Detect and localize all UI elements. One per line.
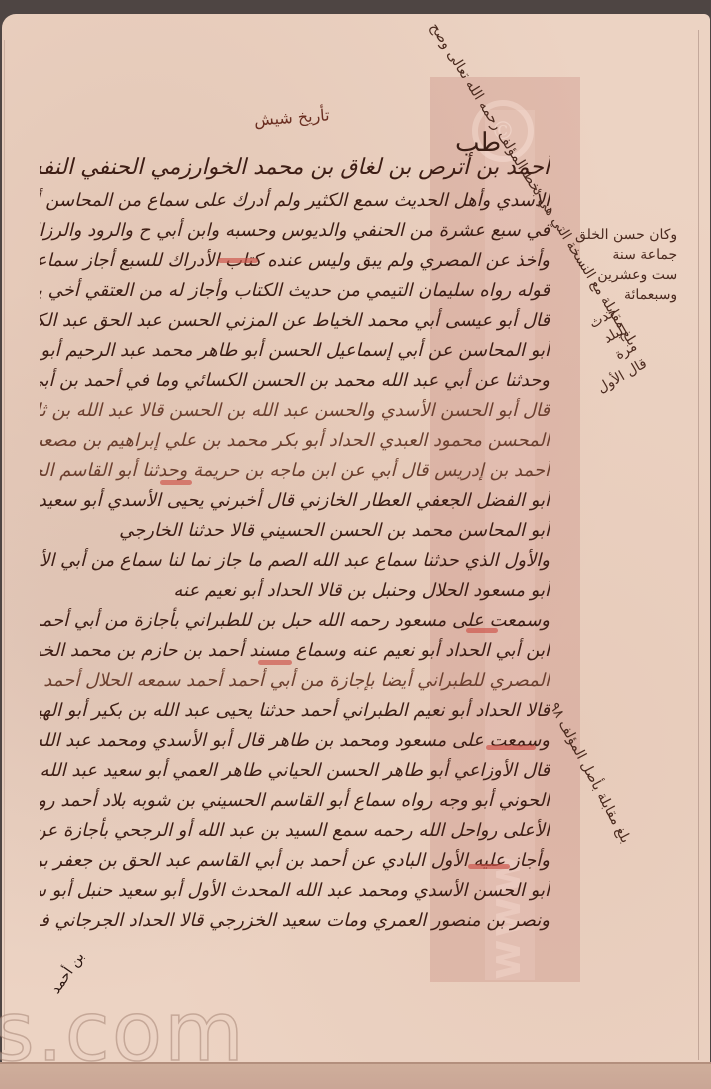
red-highlight-stroke bbox=[218, 258, 258, 263]
text-line: أحمد بن إدريس قال أبي عن ابن ماجه بن حري… bbox=[40, 456, 550, 486]
text-line: المحسن محمود العبدي الحداد أبو بكر محمد … bbox=[40, 426, 550, 456]
text-line: أبو المحاسن عن أبي إسماعيل الحسن أبو طاه… bbox=[40, 336, 550, 366]
text-line: الحوني أبو وجه رواه سماع أبو القاسم الحس… bbox=[40, 786, 550, 816]
text-line: قالا الحداد أبو نعيم الطبراني أحمد حدثنا… bbox=[40, 696, 550, 726]
margin-line: ست وعشرين bbox=[575, 265, 677, 285]
text-line: وأخذ عن المصري ولم يبق وليس عنده كتاب ال… bbox=[40, 246, 550, 276]
text-line: ابن أبي الحداد أبو نعيم عنه وسماع مسند أ… bbox=[40, 636, 550, 666]
text-line: قال أبو الحسن الأسدي والحسن عبد الله بن … bbox=[40, 396, 550, 426]
margin-line: وسبعمائة bbox=[575, 285, 677, 305]
red-highlight-stroke bbox=[160, 480, 192, 485]
text-line: الأسدي وأهل الحديث سمع الكثير ولم أدرك ع… bbox=[40, 186, 550, 216]
text-line: قال الأوزاعي أبو طاهر الحسن الحياني طاهر… bbox=[40, 756, 550, 786]
red-highlight-stroke bbox=[468, 864, 510, 869]
text-line: أحمد بن أترص بن لغاق بن محمد الخوارزمي ا… bbox=[40, 150, 550, 186]
text-line: وحدثنا عن أبي عبد الله محمد بن الحسن الك… bbox=[40, 366, 550, 396]
text-line: وأجاز عليه الأول البادي عن أحمد بن أبي ا… bbox=[40, 846, 550, 876]
margin-line: جماعة سنة bbox=[575, 245, 677, 265]
text-line: قال أبو عيسى أبي محمد الخياط عن المزني ا… bbox=[40, 306, 550, 336]
text-line: في سبع عشرة من الحنفي والديوس وحسبه وابن… bbox=[40, 216, 550, 246]
left-page-edge bbox=[4, 40, 5, 1050]
text-line: وسمعت على مسعود ومحمد بن طاهر قال أبو ال… bbox=[40, 726, 550, 756]
text-line: ونصر بن منصور العمري ومات سعيد الخزرجي ق… bbox=[40, 906, 550, 936]
text-line: المصري للطبراني أيضا بإجازة من أبي أحمد … bbox=[40, 666, 550, 696]
margin-line: وكان حسن الخلق bbox=[575, 225, 677, 245]
red-highlight-stroke bbox=[258, 660, 292, 665]
text-line: أبو المحاسن محمد بن الحسن الحسيني قالا ح… bbox=[40, 516, 550, 546]
text-line: والأول الذي حدثنا سماع عبد الله الصم ما … bbox=[40, 546, 550, 576]
text-line: أبو مسعود الحلال وحنبل بن قالا الحداد أب… bbox=[40, 576, 550, 606]
right-margin-note: وكان حسن الخلق جماعة سنة ست وعشرين وسبعم… bbox=[575, 225, 677, 305]
red-highlight-stroke bbox=[486, 745, 536, 750]
manuscript-text: أحمد بن أترص بن لغاق بن محمد الخوارزمي ا… bbox=[40, 150, 550, 936]
text-line: أبو الحسن الأسدي ومحمد عبد الله المحدث ا… bbox=[40, 876, 550, 906]
text-line: أبو الفضل الجعفي العطار الخازني قال أخبر… bbox=[40, 486, 550, 516]
right-page-crease bbox=[698, 30, 699, 1060]
watermark-bottom-text: s.com bbox=[0, 985, 246, 1080]
text-line: قوله رواه سليمان التيمي من حديث الكتاب و… bbox=[40, 276, 550, 306]
text-line: الأعلى رواحل الله رحمه سمع السيد بن عبد … bbox=[40, 816, 550, 846]
red-highlight-stroke bbox=[466, 628, 498, 633]
